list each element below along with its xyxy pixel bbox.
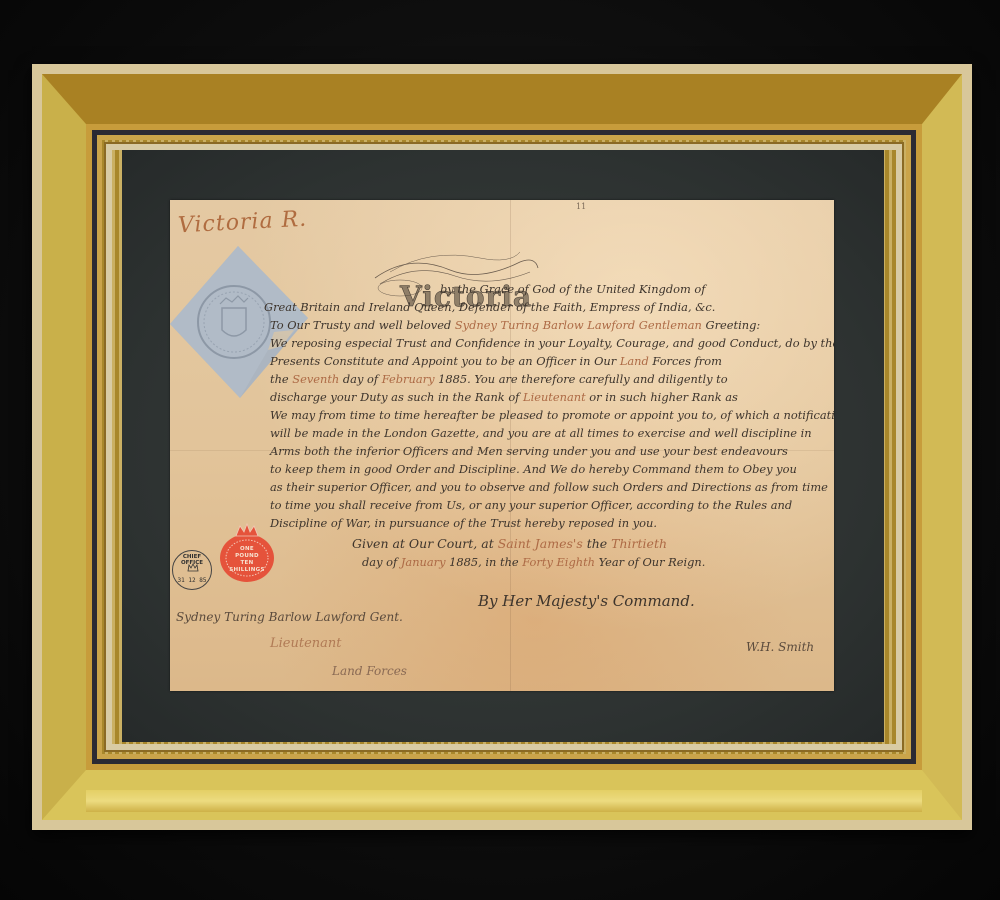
commission-document: 11 Victoria R. Victoria by the Grace of … <box>170 200 834 691</box>
crown-icon <box>187 563 199 572</box>
text-line: Great Britain and Ireland Queen, Defende… <box>264 300 715 314</box>
text-line: We may from time to time hereafter be pl… <box>270 408 834 422</box>
countersignature: W.H. Smith <box>746 640 814 654</box>
postmark: CHIEF OFFICE 31 12 85 <box>172 550 212 590</box>
text-line: Arms both the inferior Officers and Men … <box>270 444 788 458</box>
text-line: as their superior Officer, and you to ob… <box>270 480 828 494</box>
stamp-text: SHILLINGS <box>218 567 276 573</box>
text-line: Discipline of War, in pursuance of the T… <box>270 516 657 530</box>
stamp-text: ONE <box>218 546 276 552</box>
addressee-name: Sydney Turing Barlow Lawford Gent. <box>176 610 403 624</box>
frame-highlight <box>86 790 922 812</box>
text-line: To Our Trusty and well beloved Sydney Tu… <box>270 318 760 332</box>
text-line: to keep them in good Order and Disciplin… <box>270 462 797 476</box>
text-line: will be made in the London Gazette, and … <box>270 426 812 440</box>
by-command-line: By Her Majesty's Command. <box>478 592 695 610</box>
text-line: Given at Our Court, at Saint James's the… <box>352 536 667 551</box>
crown-stamp-icon <box>218 520 276 584</box>
royal-sign-manual: Victoria R. <box>177 207 307 239</box>
corps-endorsement: Land Forces <box>332 664 407 678</box>
text-line: discharge your Duty as such in the Rank … <box>270 390 738 404</box>
rank-endorsement: Lieutenant <box>270 636 342 651</box>
stamp-text: POUND <box>218 553 276 559</box>
text-line: the Seventh day of February 1885. You ar… <box>270 372 728 386</box>
postmark-date: 31 12 85 <box>173 577 211 584</box>
top-mark: 11 <box>576 202 586 211</box>
text-line: by the Grace of God of the United Kingdo… <box>440 282 705 296</box>
duty-stamp: ONE POUND TEN SHILLINGS <box>218 520 276 584</box>
text-line: day of January 1885, in the Forty Eighth… <box>362 555 705 569</box>
stamp-text: TEN <box>218 560 276 566</box>
text-line: Presents Constitute and Appoint you to b… <box>270 354 722 368</box>
text-line: to time you shall receive from Us, or an… <box>270 498 792 512</box>
text-line: We reposing especial Trust and Confidenc… <box>270 336 834 350</box>
